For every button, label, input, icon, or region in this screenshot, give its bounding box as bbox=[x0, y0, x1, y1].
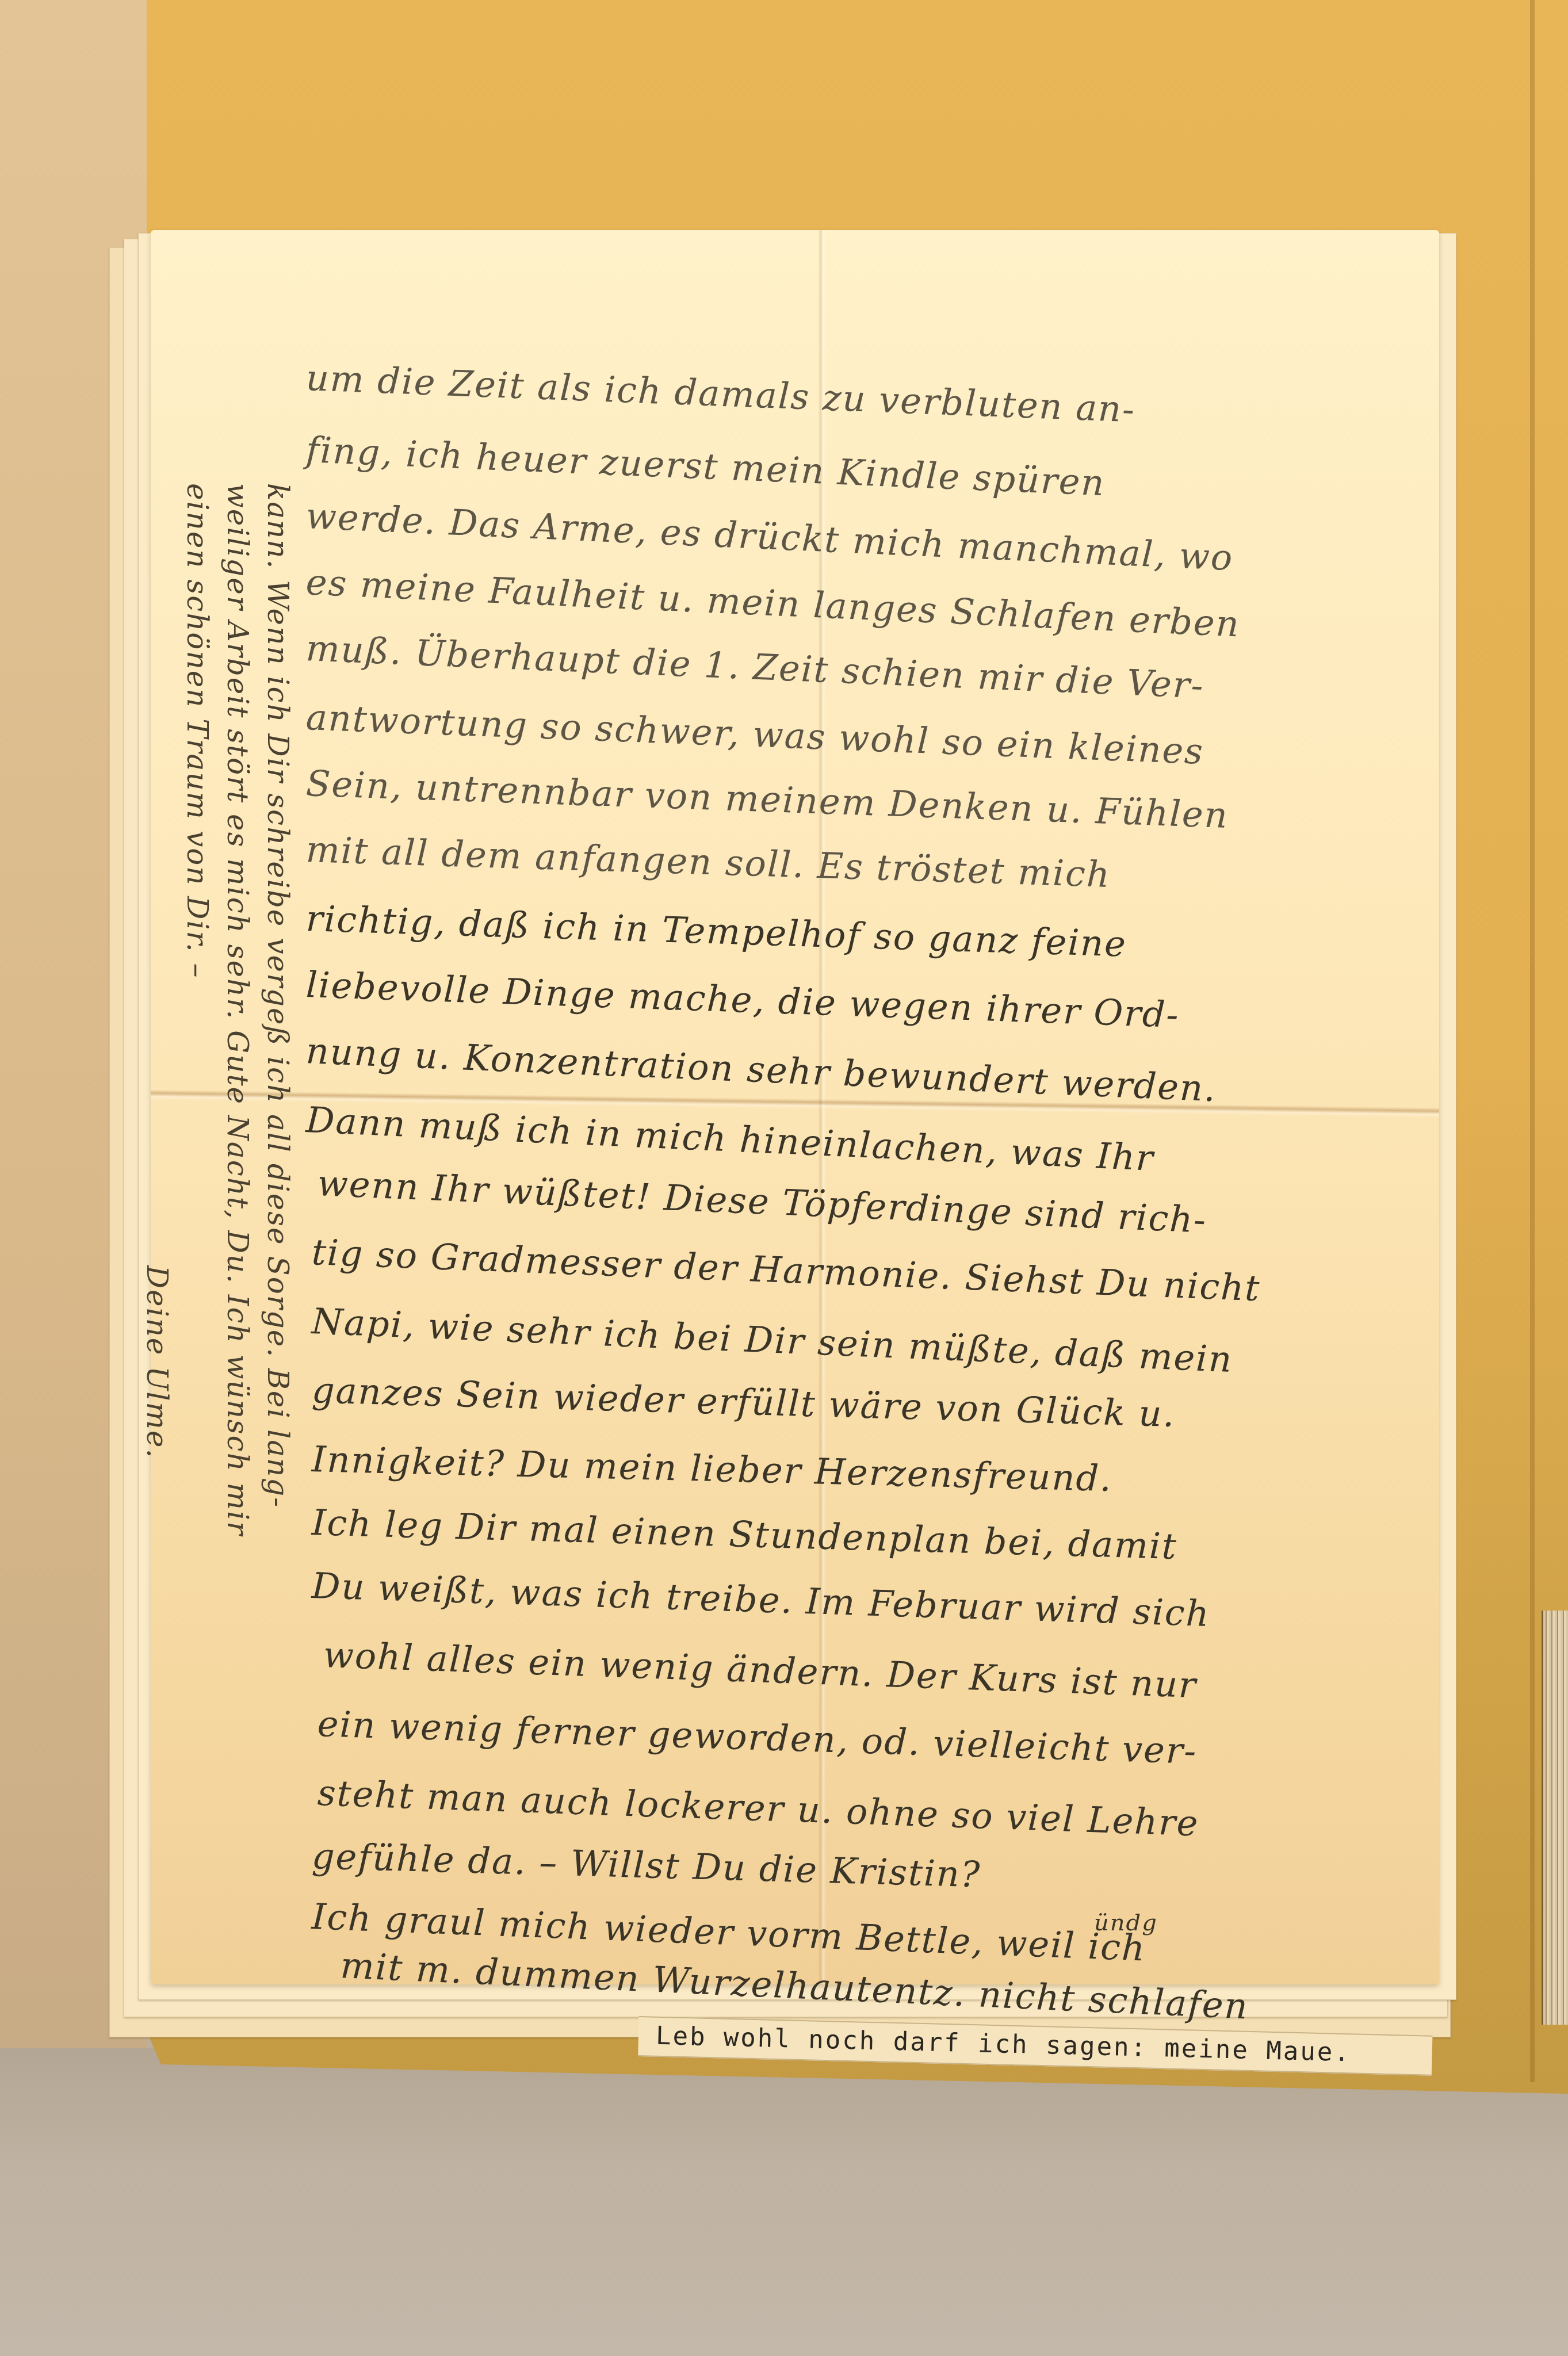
letter-line: richtig, daß ich in Tempelhof so ganz fe… bbox=[305, 897, 1127, 965]
letter-line: antwortung so schwer, was wohl so ein kl… bbox=[305, 696, 1205, 772]
table-surface-bottom bbox=[0, 2048, 1568, 2356]
letter-line: ein wenig ferner geworden, od. vielleich… bbox=[317, 1703, 1198, 1772]
letter-line: fing, ich heuer zuerst mein Kindle spüre… bbox=[305, 429, 1106, 504]
letter-line: muß. Überhaupt die 1. Zeit schien mir di… bbox=[305, 627, 1205, 706]
folder-crease bbox=[1530, 0, 1535, 2082]
letter-line: Ich leg Dir mal einen Stundenplan bei, d… bbox=[311, 1501, 1178, 1567]
adjacent-paper-stack bbox=[1542, 1611, 1568, 2025]
margin-note-signature: Deine Ulme. bbox=[140, 1265, 174, 1459]
letter-line: mit all dem anfangen soll. Es tröstet mi… bbox=[305, 828, 1111, 896]
letter-line: wohl alles ein wenig ändern. Der Kurs is… bbox=[323, 1634, 1198, 1706]
margin-note-line: kann. Wenn ich Dir schreibe vergeß ich a… bbox=[261, 483, 295, 1508]
margin-note-line: weiliger Arbeit stört es mich sehr. Gute… bbox=[221, 483, 254, 1536]
letter-line: Sein, untrennbar von meinem Denken u. Fü… bbox=[305, 762, 1229, 836]
letter-line: Napi, wie sehr ich bei Dir sein müßte, d… bbox=[311, 1300, 1233, 1380]
letter-line: steht man auch lockerer u. ohne so viel … bbox=[317, 1772, 1200, 1844]
letter-line: Innigkeit? Du mein lieber Herzensfreund. bbox=[311, 1438, 1113, 1500]
letter-line: liebevolle Dinge mache, die wegen ihrer … bbox=[305, 963, 1180, 1036]
letter-page: um die Zeit als ich damals zu verbluten … bbox=[151, 230, 1439, 1984]
letter-line: gefühle da. – Willst Du die Kristin? bbox=[311, 1835, 981, 1895]
margin-note-line: einen schönen Traum von Dir. – bbox=[181, 483, 214, 979]
interlinear-insertion: ündg bbox=[1094, 1910, 1158, 1936]
letter-line: tig so Gradmesser der Harmonie. Siehst D… bbox=[311, 1231, 1261, 1309]
letter-line: ganzes Sein wieder erfüllt wäre von Glüc… bbox=[311, 1369, 1176, 1435]
letter-line: um die Zeit als ich damals zu verbluten … bbox=[305, 357, 1137, 430]
letter-line: Du weißt, was ich treibe. Im Februar wir… bbox=[311, 1565, 1211, 1635]
letter-line: werde. Das Arme, es drückt mich manchmal… bbox=[305, 495, 1234, 579]
